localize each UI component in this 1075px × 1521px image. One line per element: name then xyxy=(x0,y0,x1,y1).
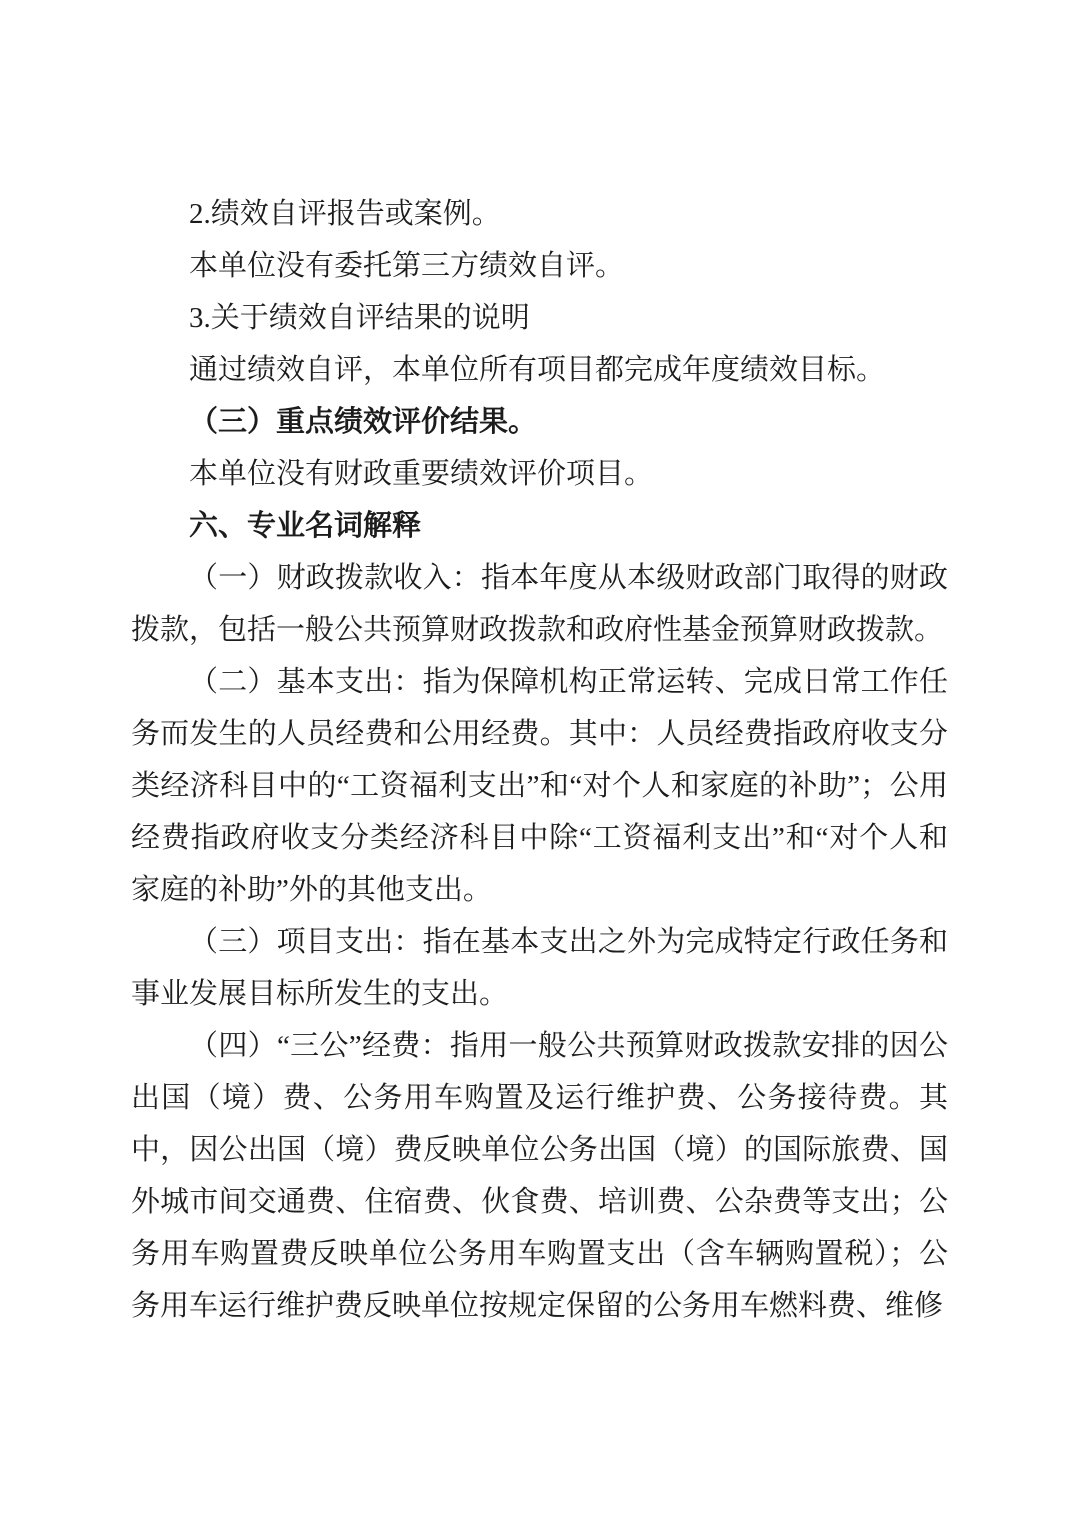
document-body: 2.绩效自评报告或案例。本单位没有委托第三方绩效自评。3.关于绩效自评结果的说明… xyxy=(131,188,948,1332)
paragraph: 2.绩效自评报告或案例。 xyxy=(131,188,948,240)
paragraph: （二）基本支出：指为保障机构正常运转、完成日常工作任务而发生的人员经费和公用经费… xyxy=(131,656,948,916)
paragraph: （一）财政拨款收入：指本年度从本级财政部门取得的财政拨款，包括一般公共预算财政拨… xyxy=(131,552,948,656)
paragraph: （三）项目支出：指在基本支出之外为完成特定行政任务和事业发展目标所发生的支出。 xyxy=(131,916,948,1020)
paragraph: （三）重点绩效评价结果。 xyxy=(131,396,948,448)
paragraph: 本单位没有委托第三方绩效自评。 xyxy=(131,240,948,292)
section-heading: 六、专业名词解释 xyxy=(131,500,948,552)
paragraph: 通过绩效自评，本单位所有项目都完成年度绩效目标。 xyxy=(131,344,948,396)
paragraph: 本单位没有财政重要绩效评价项目。 xyxy=(131,448,948,500)
paragraph: 3.关于绩效自评结果的说明 xyxy=(131,292,948,344)
paragraph: （四）“三公”经费：指用一般公共预算财政拨款安排的因公出国（境）费、公务用车购置… xyxy=(131,1020,948,1332)
document-page: 2.绩效自评报告或案例。本单位没有委托第三方绩效自评。3.关于绩效自评结果的说明… xyxy=(0,0,1075,1521)
